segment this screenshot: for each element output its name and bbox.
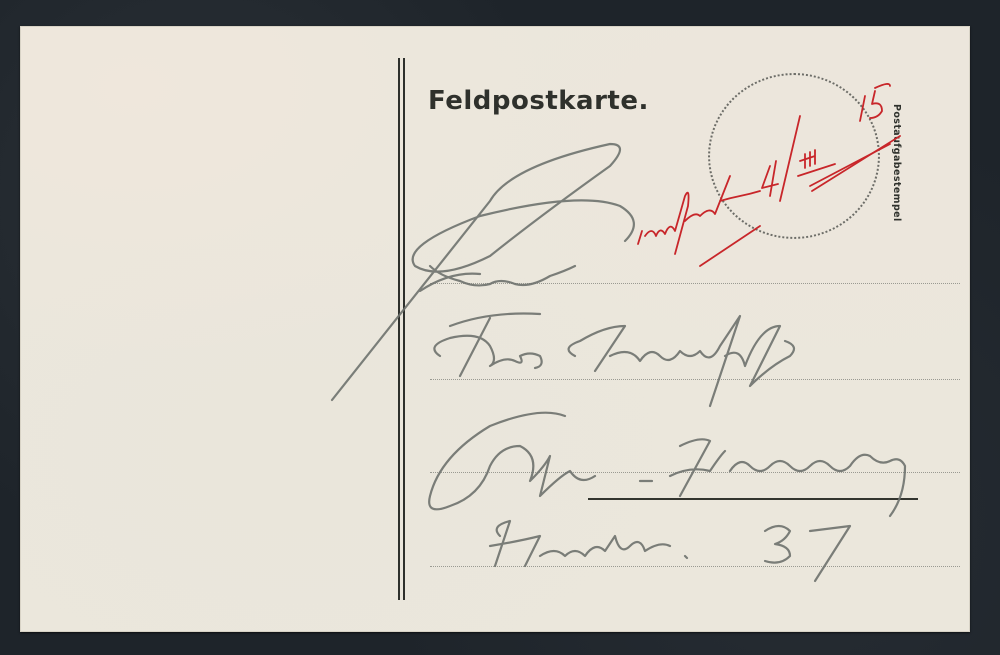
- rule-right: [403, 58, 405, 600]
- postcard: Feldpostkarte. Postaufgabestempel: [20, 26, 970, 632]
- house-number: [765, 526, 850, 581]
- stamp-area-label: Postaufgabestempel: [882, 104, 902, 244]
- address-line-2: [430, 379, 960, 380]
- handwritten-city: Cöln - Klettenberg: [420, 436, 738, 476]
- rule-left: [398, 58, 400, 600]
- handwritten-name: Theo Schaumfuß: [430, 326, 670, 359]
- printed-title: Feldpostkarte.: [428, 86, 649, 116]
- handwritten-salutation: Herrn: [420, 251, 500, 281]
- address-underline: [588, 498, 918, 500]
- address-line-1: [430, 283, 960, 284]
- address-line-4: [430, 566, 960, 567]
- vertical-double-rule: [398, 58, 406, 600]
- handwritten-street: Hardtstr. 37: [490, 526, 663, 559]
